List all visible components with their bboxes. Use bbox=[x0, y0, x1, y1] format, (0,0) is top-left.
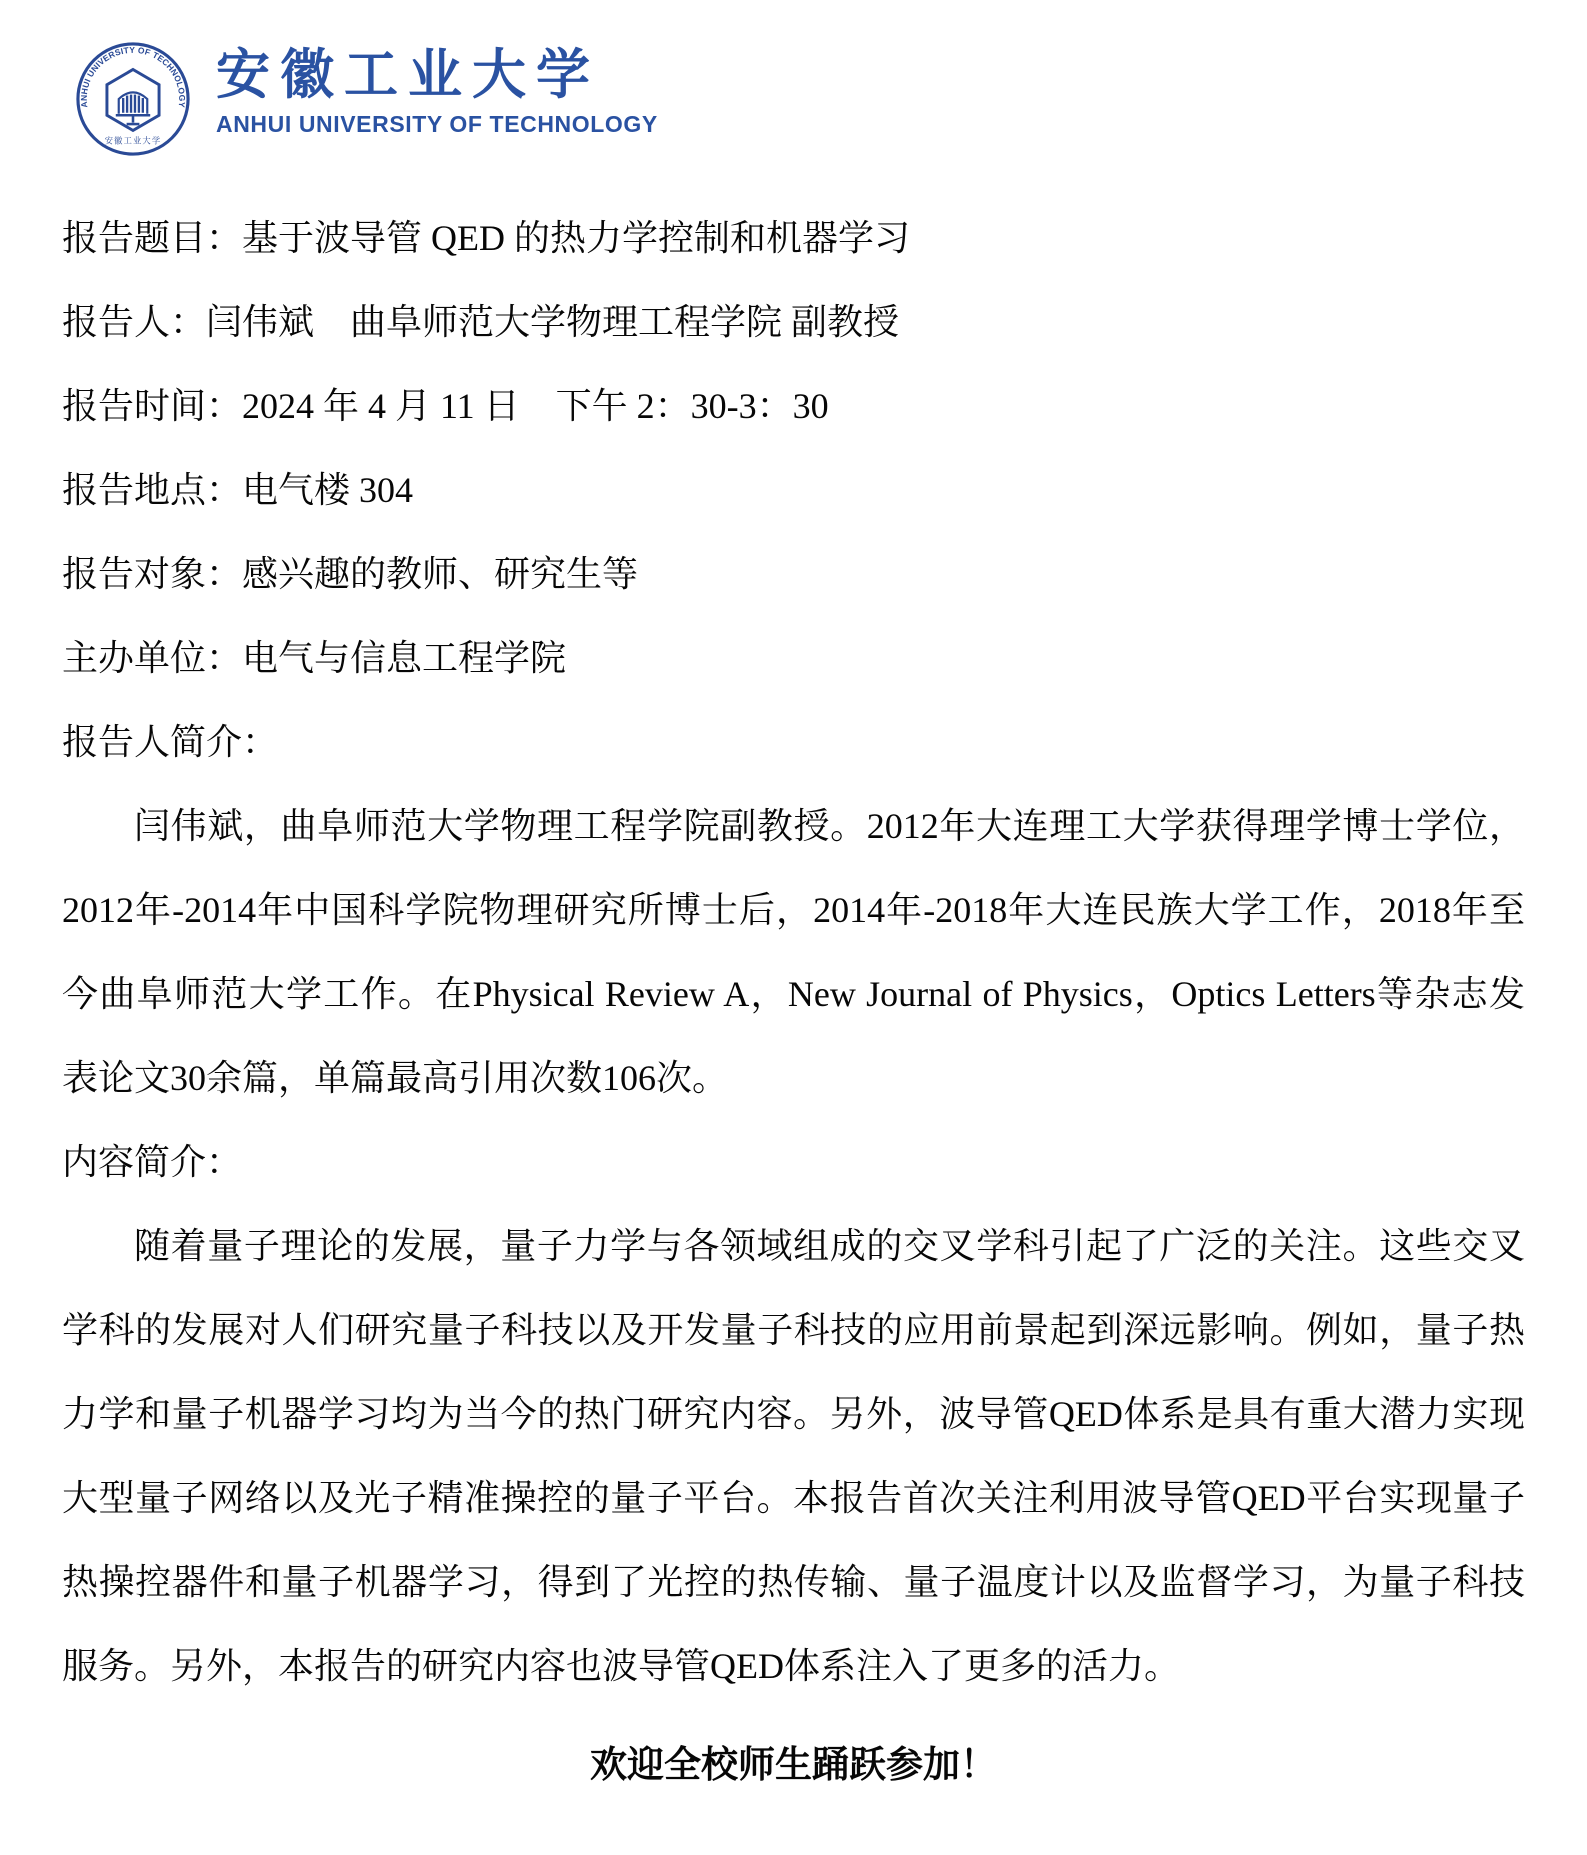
info-label-audience: 报告对象： bbox=[62, 554, 242, 594]
university-cn-name: 安徽工业大学 bbox=[216, 44, 658, 106]
info-value-speaker: 闫伟斌 曲阜师范大学物理工程学院 副教授 bbox=[206, 302, 899, 342]
info-value-location: 电气楼 304 bbox=[242, 470, 413, 510]
footer-welcome-text: 欢迎全校师生踊跃参加！ bbox=[62, 1736, 1525, 1796]
university-seal-icon: ANHUI UNIVERSITY OF TECHNOLOGY 安徽工业大学 bbox=[74, 40, 192, 158]
info-line-title: 报告题目：基于波导管 QED 的热力学控制和机器学习 bbox=[62, 196, 1525, 280]
info-value-organizer: 电气与信息工程学院 bbox=[242, 638, 566, 678]
info-line-speaker: 报告人：闫伟斌 曲阜师范大学物理工程学院 副教授 bbox=[62, 280, 1525, 364]
info-value-time: 2024 年 4 月 11 日 下午 2：30-3：30 bbox=[242, 386, 829, 426]
info-label-title: 报告题目： bbox=[62, 218, 242, 258]
abstract-paragraph: 随着量子理论的发展，量子力学与各领域组成的交叉学科引起了广泛的关注。这些交叉学科… bbox=[62, 1204, 1525, 1708]
seal-bottom-text: 安徽工业大学 bbox=[105, 135, 162, 145]
info-label-location: 报告地点： bbox=[62, 470, 242, 510]
info-label-organizer: 主办单位： bbox=[62, 638, 242, 678]
announcement-page: ANHUI UNIVERSITY OF TECHNOLOGY 安徽工业大学 安徽… bbox=[0, 0, 1587, 1796]
university-en-name: ANHUI UNIVERSITY OF TECHNOLOGY bbox=[216, 111, 658, 138]
info-line-location: 报告地点：电气楼 304 bbox=[62, 448, 1525, 532]
bio-paragraph: 闫伟斌，曲阜师范大学物理工程学院副教授。2012年大连理工大学获得理学博士学位，… bbox=[62, 784, 1525, 1120]
info-label-speaker: 报告人： bbox=[62, 302, 206, 342]
university-wordmark: 安徽工业大学 ANHUI UNIVERSITY OF TECHNOLOGY bbox=[216, 40, 658, 138]
announcement-body: 报告题目：基于波导管 QED 的热力学控制和机器学习 报告人：闫伟斌 曲阜师范大… bbox=[62, 196, 1525, 1796]
bio-heading: 报告人简介： bbox=[62, 700, 1525, 784]
info-value-audience: 感兴趣的教师、研究生等 bbox=[242, 554, 638, 594]
info-line-audience: 报告对象：感兴趣的教师、研究生等 bbox=[62, 532, 1525, 616]
abstract-heading: 内容简介： bbox=[62, 1120, 1525, 1204]
info-label-time: 报告时间： bbox=[62, 386, 242, 426]
info-line-time: 报告时间：2024 年 4 月 11 日 下午 2：30-3：30 bbox=[62, 364, 1525, 448]
info-line-organizer: 主办单位：电气与信息工程学院 bbox=[62, 616, 1525, 700]
university-logo: ANHUI UNIVERSITY OF TECHNOLOGY 安徽工业大学 安徽… bbox=[74, 40, 1525, 174]
info-value-title: 基于波导管 QED 的热力学控制和机器学习 bbox=[242, 218, 910, 258]
